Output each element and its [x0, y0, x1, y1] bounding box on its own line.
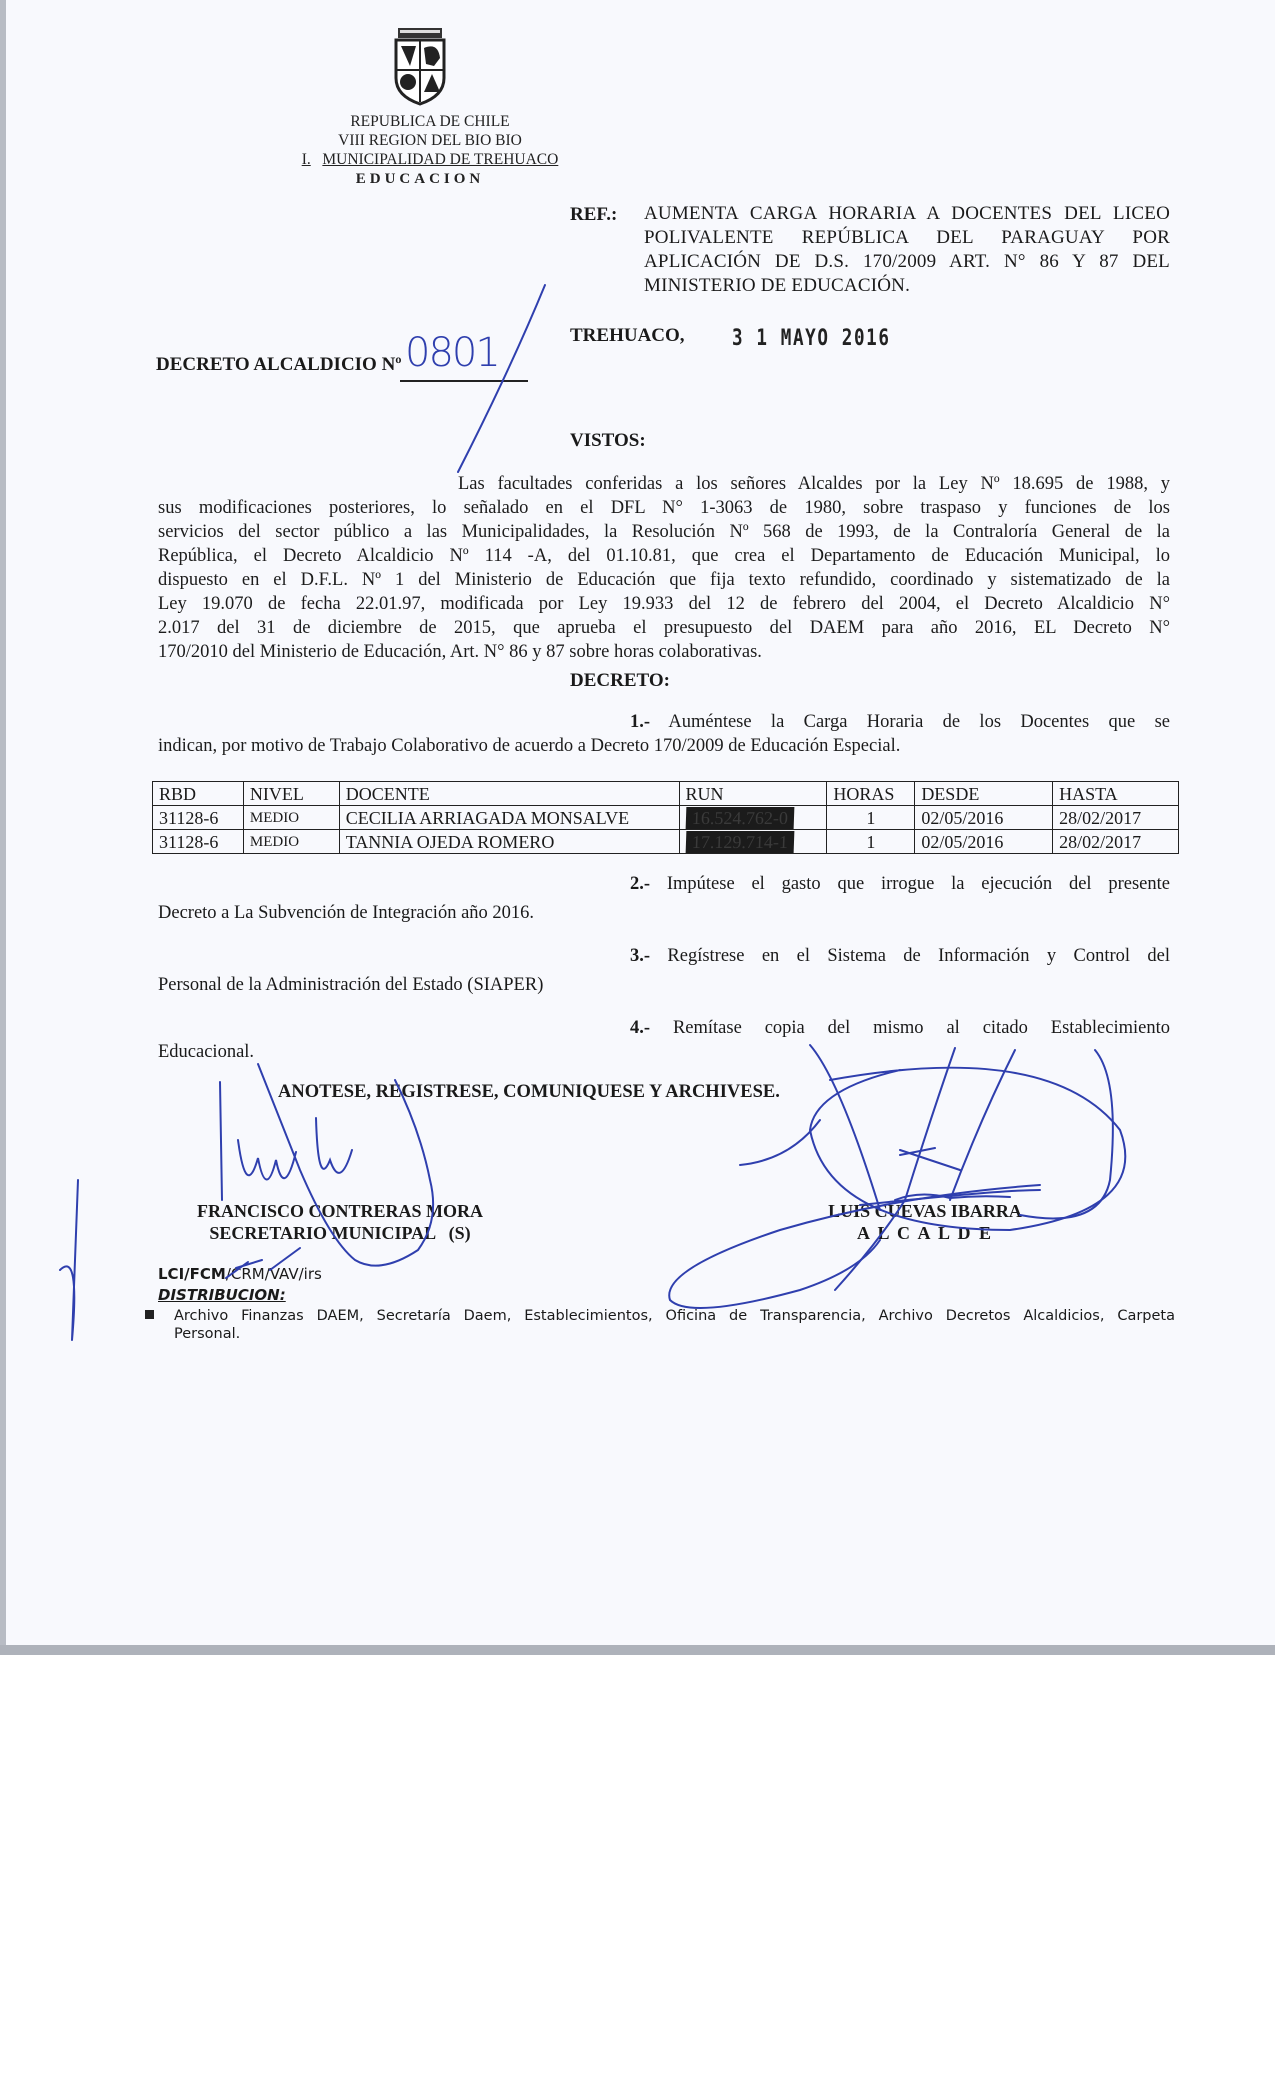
column-header-hasta: HASTA [1053, 782, 1179, 806]
reference-line: MINISTERIO DE EDUCACIÓN. [644, 274, 1170, 298]
initials-rest: /CRM/VAV/irs [226, 1265, 322, 1283]
reference-initials: LCI/FCM/CRM/VAV/irs [158, 1265, 322, 1283]
cell-run: 17.129.714-1 [679, 830, 827, 854]
mayor-name: LUIS CUEVAS IBARRA [800, 1200, 1050, 1222]
cell-rbd: 31128-6 [153, 806, 244, 830]
redacted-run: 16.524.762-0 [685, 807, 794, 829]
decree-place: TREHUACO, [570, 325, 685, 347]
reference-line: APLICACIÓN DE D.S. 170/2009 ART. N° 86 Y… [644, 250, 1170, 274]
letterhead-country: REPUBLICA DE CHILE [250, 112, 610, 131]
bullet-square-icon [145, 1310, 154, 1319]
table-row: 31128-6 MEDIO CECILIA ARRIAGADA MONSALVE… [153, 806, 1179, 830]
decreto-heading: DECRETO: [570, 670, 670, 692]
vistos-line: sus modificaciones posteriores, lo señal… [158, 496, 1170, 520]
page-edge-shadow [0, 1645, 1275, 1655]
secretary-name: FRANCISCO CONTRERAS MORA [170, 1200, 510, 1222]
column-header-docente: DOCENTE [339, 782, 679, 806]
item-3-number: 3.- [630, 946, 650, 966]
distribution-list: Archivo Finanzas DAEM, Secretaría Daem, … [145, 1307, 1175, 1343]
cell-nivel: MEDIO [243, 830, 339, 854]
vistos-line: dispuesto en el D.F.L. Nº 1 del Minister… [158, 568, 1170, 592]
cell-desde: 02/05/2016 [915, 806, 1053, 830]
column-header-run: RUN [679, 782, 827, 806]
item-2-number: 2.- [630, 874, 650, 894]
letterhead-municipality-name: MUNICIPALIDAD DE TREHUACO [322, 151, 558, 168]
reference-line: POLIVALENTE REPÚBLICA DEL PARAGUAY POR [644, 226, 1170, 250]
vistos-line: Las facultades conferidas a los señores … [158, 472, 1170, 496]
item-3-text: Regístrese en el Sistema de Información … [667, 946, 1170, 966]
distribution-heading: DISTRIBUCION: [158, 1286, 286, 1304]
item-3-line-2: Personal de la Administración del Estado… [158, 975, 543, 996]
letterhead-prefix: I. [302, 151, 311, 168]
letterhead-municipality: I. MUNICIPALIDAD DE TREHUACO [250, 150, 610, 169]
cell-horas: 1 [827, 830, 915, 854]
distribution-line-2: Personal. [145, 1325, 1175, 1343]
item-1-line-1: 1.- Auméntese la Carga Horaria de los Do… [158, 710, 1170, 734]
reference-line: AUMENTA CARGA HORARIA A DOCENTES DEL LIC… [644, 202, 1170, 226]
item-4-line-2: Educacional. [158, 1042, 254, 1063]
vistos-line: 170/2010 del Ministerio de Educación, Ar… [158, 640, 1170, 664]
vistos-line: Ley 19.070 de fecha 22.01.97, modificada… [158, 592, 1170, 616]
item-2-line-2: Decreto a La Subvención de Integración a… [158, 903, 534, 924]
reference-label: REF.: [570, 204, 617, 226]
column-header-nivel: NIVEL [243, 782, 339, 806]
vistos-line: República, el Decreto Alcaldicio Nº 114 … [158, 544, 1170, 568]
cell-docente: CECILIA ARRIAGADA MONSALVE [339, 806, 679, 830]
decreto-item-1: 1.- Auméntese la Carga Horaria de los Do… [158, 710, 1170, 758]
decree-number-handwritten: 0801 [405, 330, 499, 376]
cell-hasta: 28/02/2017 [1053, 806, 1179, 830]
vistos-heading: VISTOS: [570, 430, 646, 452]
column-header-desde: DESDE [915, 782, 1053, 806]
mayor-signature-block: LUIS CUEVAS IBARRA A L C A L D E [800, 1200, 1050, 1244]
mayor-title: A L C A L D E [800, 1222, 1050, 1244]
cell-nivel: MEDIO [243, 806, 339, 830]
column-header-rbd: RBD [153, 782, 244, 806]
letterhead-region: VIII REGION DEL BIO BIO [250, 131, 610, 150]
redacted-run: 17.129.714-1 [685, 831, 794, 853]
coat-of-arms-icon [390, 28, 450, 106]
item-1-line-2: indican, por motivo de Trabajo Colaborat… [158, 734, 1170, 758]
decree-number-underline [400, 380, 528, 382]
item-4-number: 4.- [630, 1018, 650, 1038]
item-4-line-1: 4.- Remítase copia del mismo al citado E… [630, 1018, 1170, 1039]
initials-bold: LCI/FCM [158, 1265, 226, 1283]
vistos-line: 2.017 del 31 de diciembre de 2015, que a… [158, 616, 1170, 640]
item-3-line-1: 3.- Regístrese en el Sistema de Informac… [630, 946, 1170, 967]
closing-formula: ANOTESE, REGISTRESE, COMUNIQUESE Y ARCHI… [278, 1082, 780, 1103]
vistos-line: servicios del sector público a las Munic… [158, 520, 1170, 544]
teachers-table: RBD NIVEL DOCENTE RUN HORAS DESDE HASTA … [152, 781, 1179, 854]
item-4-text: Remítase copia del mismo al citado Estab… [673, 1018, 1170, 1038]
letterhead-department: EDUCACION [240, 170, 600, 189]
item-1-number: 1.- [630, 712, 650, 732]
table-row: 31128-6 MEDIO TANNIA OJEDA ROMERO 17.129… [153, 830, 1179, 854]
distribution-line-1: Archivo Finanzas DAEM, Secretaría Daem, … [145, 1307, 1175, 1325]
distribution-text: Archivo Finanzas DAEM, Secretaría Daem, … [174, 1308, 1175, 1324]
decree-number-label: DECRETO ALCALDICIO Nº [156, 354, 402, 376]
secretary-signature-block: FRANCISCO CONTRERAS MORA SECRETARIO MUNI… [170, 1200, 510, 1244]
cell-rbd: 31128-6 [153, 830, 244, 854]
date-stamp: 3 1 MAYO 2016 [732, 326, 891, 351]
secretary-title: SECRETARIO MUNICIPAL (S) [170, 1222, 510, 1244]
vistos-paragraph: Las facultades conferidas a los señores … [158, 472, 1170, 664]
cell-docente: TANNIA OJEDA ROMERO [339, 830, 679, 854]
cell-run: 16.524.762-0 [679, 806, 827, 830]
cell-horas: 1 [827, 806, 915, 830]
item-2-line-1: 2.- Impútese el gasto que irrogue la eje… [630, 874, 1170, 895]
cell-hasta: 28/02/2017 [1053, 830, 1179, 854]
item-2-text: Impútese el gasto que irrogue la ejecuci… [667, 874, 1170, 894]
cell-desde: 02/05/2016 [915, 830, 1053, 854]
item-1-text: Auméntese la Carga Horaria de los Docent… [668, 712, 1170, 732]
column-header-horas: HORAS [827, 782, 915, 806]
table-header-row: RBD NIVEL DOCENTE RUN HORAS DESDE HASTA [153, 782, 1179, 806]
reference-text: AUMENTA CARGA HORARIA A DOCENTES DEL LIC… [644, 202, 1170, 298]
